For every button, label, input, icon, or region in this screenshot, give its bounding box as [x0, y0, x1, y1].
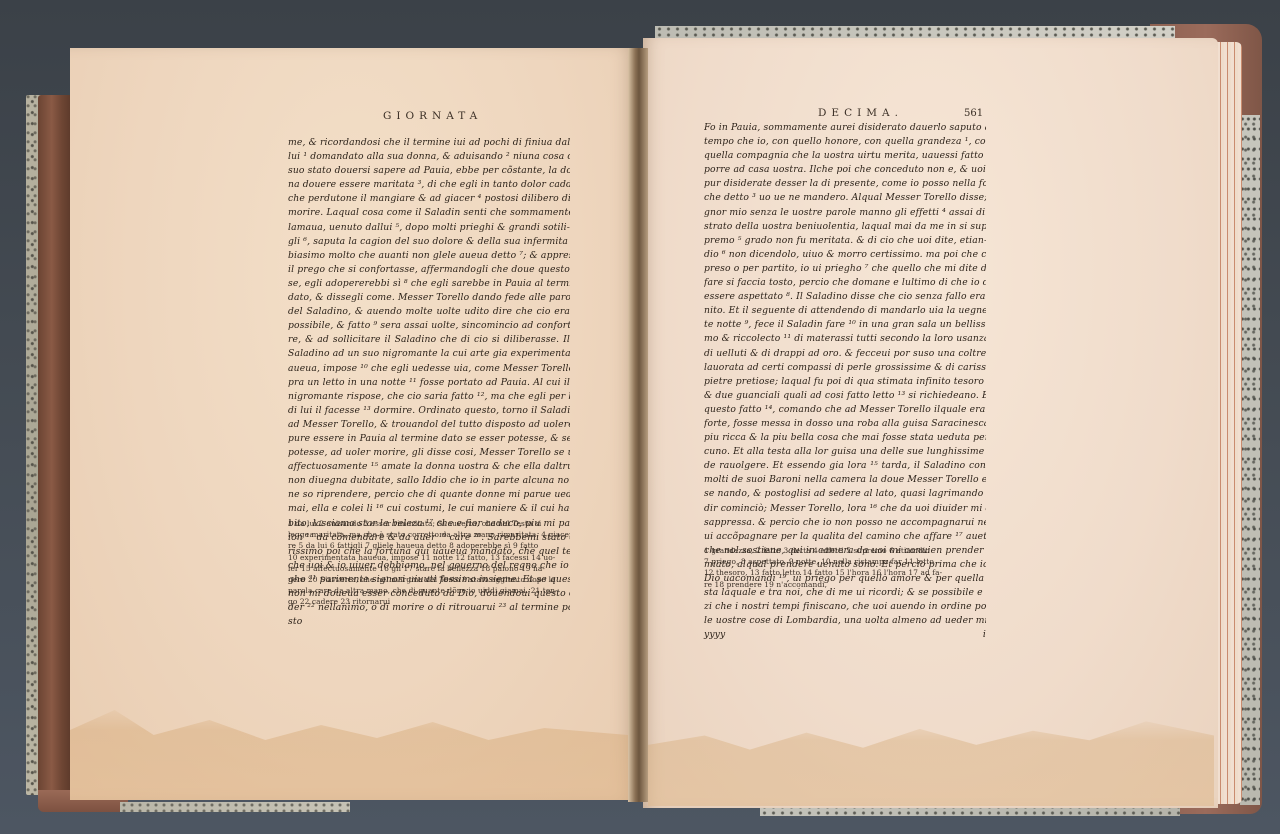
text-line: pure essere in Pauia al termine dato se … — [288, 432, 570, 446]
text-line: che perdutone il mangiare & ad giacer ⁴ … — [288, 192, 570, 206]
text-line: piu ricca & la piu bella cosa che mai fo… — [704, 431, 986, 445]
text-line: aueua, impose ¹⁰ che egli uedesse uia, c… — [288, 362, 570, 376]
text-line: 1 grandezza, 2 fatto 3 detta 4 effetti 5… — [704, 545, 986, 556]
text-line: Fo in Pauia, sommamente aurei disiderato… — [704, 121, 986, 135]
text-line: te notte ⁹, fece il Saladin fare ¹⁰ in u… — [704, 318, 986, 332]
book-gutter — [628, 48, 648, 802]
text-line: ne so riprendere, percio che di quante d… — [288, 488, 570, 502]
text-line: cuno. Et alla testa alla lor guisa una d… — [704, 445, 986, 459]
text-line: strato della uostra beniuolentia, laqual… — [704, 220, 986, 234]
text-line: premo ⁵ grado non fu meritata. & di cio … — [704, 234, 986, 248]
text-line: se nando, & postoglisi ad sedere al lato… — [704, 487, 986, 501]
left-page-footnotes: 1 da lui 2 auisando 3 esser rimaritata; … — [288, 518, 570, 608]
catchword: sto — [288, 615, 570, 629]
text-line: nigromante rispose, che cio saria fatto … — [288, 390, 570, 404]
text-line: lamaua, uenuto dallui ⁵, dopo molti prie… — [288, 221, 570, 235]
text-line: se, egli adopererebbi sì ⁸ che egli sare… — [288, 277, 570, 291]
text-line: dir cominciò; Messer Torello, lora ¹⁶ ch… — [704, 502, 986, 516]
text-line: suo stato douersi sapere ad Pauia, ebbe … — [288, 164, 570, 178]
text-line: mo & riccolecto ¹¹ di materassi tutti se… — [704, 332, 986, 346]
text-line: nito. Et il seguente di attendendo di ma… — [704, 304, 986, 318]
left-cover-bottom-marbled-edge — [120, 802, 350, 812]
right-running-head: DECIMA. — [818, 107, 903, 119]
text-line: 1 da lui 2 auisando 3 esser rimaritata; … — [288, 518, 570, 529]
text-line: pietre pretiose; laqual fu poi di qua st… — [704, 375, 986, 389]
text-line: de rauolgere. Et essendo gia lora ¹⁵ tar… — [704, 459, 986, 473]
left-running-head: GIORNATA — [383, 110, 482, 122]
text-line: morire. Laqual cosa come il Saladin sent… — [288, 206, 570, 220]
text-line: preso o per partito, io ui priegho ⁷ che… — [704, 262, 986, 276]
text-line: lauorata ad certi compassi di perle gros… — [704, 361, 986, 375]
text-line: sappressa. & percio che io non posso ne … — [704, 516, 986, 530]
text-line: questo fatto ¹⁴, comando che ad Messer T… — [704, 403, 986, 417]
text-line: parola care da altra mano, che di quante… — [288, 585, 570, 596]
text-line: Saladino ad un suo nigromante la cui art… — [288, 347, 570, 361]
text-line: quella compagnia che la uostra uirtu mer… — [704, 149, 986, 163]
text-line: dato, & dissegli come. Messer Torello da… — [288, 291, 570, 305]
text-line: ad Messer Torello, & trouandol del tutto… — [288, 418, 570, 432]
text-line: essere aspettato ⁸. Il Saladino disse ch… — [704, 290, 986, 304]
text-line: & due guanciali quali ad cosi fatto lett… — [704, 389, 986, 403]
text-line: le uostre cose di Lombardia, una uolta a… — [704, 614, 986, 628]
text-line: mai, ella e colei li ¹⁶ cui costumi, le … — [288, 502, 570, 516]
text-line: fare si faccia tosto, percio che domane … — [704, 276, 986, 290]
text-line: ui accõpagnare per la qualita del camino… — [704, 530, 986, 544]
text-line: biasimo molto che auanti non glele aueua… — [288, 249, 570, 263]
right-page-footnotes: 1 grandezza, 2 fatto 3 detta 4 effetti 5… — [704, 545, 986, 590]
text-line: molti de suoi Baroni nella camera la dou… — [704, 473, 986, 487]
page-number: 561 — [964, 108, 983, 119]
text-line: 7 priego, 8 aspettato. 9 notte, 10 nella… — [704, 556, 986, 567]
text-line: che detto ³ uo ue ne mandero. Alqual Mes… — [704, 191, 986, 205]
text-line: re 18 prendere 19 n'accomandi, — [704, 579, 986, 590]
text-line: re 5 da lui 6 fattigli 7 gliele haueua d… — [288, 540, 570, 551]
text-line: na douere essere maritata ³, di che egli… — [288, 178, 570, 192]
text-line: gli ⁶, saputa la cagion del suo dolore &… — [288, 235, 570, 249]
text-line: 10 experimentata haueua, impose 11 notte… — [288, 552, 570, 563]
text-line: legge maritata, ma che è stato corretto … — [288, 529, 570, 540]
text-line: forte, fosse messa in dosso una roba all… — [704, 417, 986, 431]
text-line: affectuosamente ¹⁵ amate la donna uostra… — [288, 460, 570, 474]
text-line: lui ¹ domandato alla sua donna, & aduisa… — [288, 150, 570, 164]
text-line: uere 20 S'avverta, che nel margine del T… — [288, 574, 570, 585]
text-line: me, & ricordandosi che il termine iui ad… — [288, 136, 570, 150]
text-line: go 22 cadere 23 ritornarui — [288, 596, 570, 607]
text-line: il prego che si confortasse, affermandog… — [288, 263, 570, 277]
text-line: non diuegna dubitate, sallo Iddio che io… — [288, 474, 570, 488]
text-line: di lui il facesse ¹³ dormire. Ordinato q… — [288, 404, 570, 418]
right-cover-side-marbled-edge — [1240, 115, 1260, 805]
left-cover-leather-edge — [38, 95, 72, 810]
text-line: pra un letto in una notte ¹¹ fosse porta… — [288, 376, 570, 390]
text-line: potesse, ad uoler morire, gli disse cosi… — [288, 446, 570, 460]
text-line: zi che i nostri tempi finiscano, che uoi… — [704, 600, 986, 614]
text-line: del Saladino, & auendo molte uolte udito… — [288, 305, 570, 319]
text-line: re, & ad sollicitare il Saladino che di … — [288, 333, 570, 347]
signature-mark: yyyy i — [704, 628, 986, 642]
text-line: porre ad casa uostra. Ilche poi che conc… — [704, 163, 986, 177]
text-line: di uelluti & di drappi ad oro. & fecceui… — [704, 347, 986, 361]
text-line: pur disiderate desser la di presente, co… — [704, 177, 986, 191]
text-line: tempo che io, con quello honore, con que… — [704, 135, 986, 149]
text-line: dio ⁶ non dicendolo, uiuo & morro certis… — [704, 248, 986, 262]
open-book: GIORNATA me, & ricordandosi che il termi… — [0, 0, 1280, 834]
text-line: gnor mio senza le uostre parole manno gl… — [704, 206, 986, 220]
text-line: possibile, & fatto ⁹ sera assai uolte, s… — [288, 319, 570, 333]
text-line: ler 15 affectuosamente 16 gli 17 stare l… — [288, 563, 570, 574]
text-line: 12 thesoro, 13 fatto letto 14 fatto 15 l… — [704, 567, 986, 578]
